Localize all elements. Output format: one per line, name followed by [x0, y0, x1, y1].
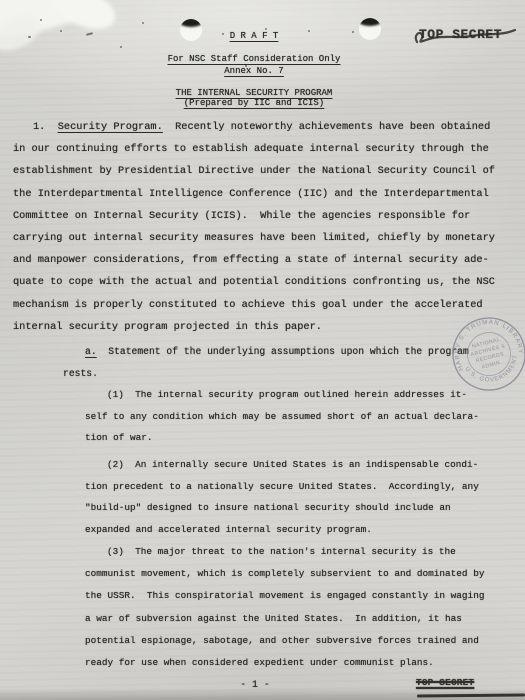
document-title: THE INTERNAL SECURITY PROGRAM: [0, 88, 508, 98]
text-segment: (1) The internal security program outlin…: [107, 389, 467, 400]
text-line: (1) The internal security program outlin…: [85, 384, 479, 406]
text-segment: and manpower considerations, from effect…: [13, 254, 489, 266]
text-line: Committee on Internal Security (ICIS). W…: [13, 205, 495, 227]
annex-number: Annex No. 7: [0, 66, 508, 76]
paper-speckle: [265, 28, 267, 30]
text-line: and manpower considerations, from effect…: [13, 249, 495, 271]
text-segment: 1.: [33, 121, 58, 133]
underlined-text: Security Program.: [58, 121, 163, 133]
paragraph-security-program: 1. Security Program. Recently noteworthy…: [13, 116, 495, 338]
text-segment: tion precedent to a nationally secure Un…: [85, 481, 479, 492]
paper-speckle: [142, 22, 144, 24]
text-line: internal security program projected in t…: [13, 316, 495, 338]
document-page: D R A F T For NSC Staff Consideration On…: [0, 0, 525, 700]
subparagraph-1: (1) The internal security program outlin…: [85, 384, 479, 449]
text-line: expanded and accelerated internal securi…: [85, 519, 479, 541]
punch-hole-shadow: [359, 18, 381, 26]
text-line: rests.: [63, 363, 469, 385]
paper-speckle: [40, 19, 42, 21]
classification-bottom: TOP SECRET: [416, 677, 474, 688]
text-segment: rests.: [63, 368, 98, 379]
paper-speckle: [120, 46, 122, 48]
text-segment: quate to cope with the actual and potent…: [13, 276, 495, 288]
text-segment: potential espionage, sabotage, and other…: [85, 635, 479, 646]
strike-mark: [409, 22, 519, 50]
distribution-line: For NSC Staff Consideration Only: [0, 54, 508, 64]
text-segment: tion of war.: [85, 432, 153, 443]
subparagraph-2: (2) An internally secure United States i…: [85, 454, 479, 540]
text-line: tion precedent to a nationally secure Un…: [85, 476, 479, 498]
text-segment: Committee on Internal Security (ICIS). W…: [13, 210, 470, 222]
text-line: establishment by Presidential Directive …: [13, 160, 495, 182]
text-segment: the USSR. This conspiratorial movement i…: [85, 590, 484, 601]
text-line: the Interdepartmental Intelligence Confe…: [13, 183, 495, 205]
text-line: communist movement, which is completely …: [85, 563, 484, 585]
text-line: a war of subversion against the United S…: [85, 608, 484, 630]
prepared-by-line: (Prepared by IIC and ICIS): [0, 98, 508, 108]
text-line: in our continuing efforts to establish a…: [13, 138, 495, 160]
text-segment: mechanism is properly constituted to ach…: [13, 299, 483, 311]
text-line: (3) The major threat to the nation's int…: [85, 541, 484, 563]
text-segment: carrying out internal security measures …: [13, 232, 495, 244]
text-line: ready for use when considered expedient …: [85, 652, 484, 674]
text-segment: Statement of the underlying assumptions …: [97, 346, 469, 357]
text-segment: self to any condition which may be assum…: [85, 411, 479, 422]
underlined-text: a.: [85, 346, 97, 357]
paragraph-assumptions: a. Statement of the underlying assumptio…: [63, 341, 469, 384]
text-segment: expanded and accelerated internal securi…: [85, 524, 372, 535]
text-segment: "build-up" designed to insure national s…: [85, 502, 451, 513]
subparagraph-3: (3) The major threat to the nation's int…: [85, 541, 484, 674]
text-line: potential espionage, sabotage, and other…: [85, 630, 484, 652]
text-line: self to any condition which may be assum…: [85, 406, 479, 428]
text-segment: (2) An internally secure United States i…: [107, 459, 478, 470]
text-segment: in our continuing efforts to establish a…: [13, 143, 489, 155]
text-line: 1. Security Program. Recently noteworthy…: [13, 116, 495, 138]
text-line: a. Statement of the underlying assumptio…: [63, 341, 469, 363]
text-line: carrying out internal security measures …: [13, 227, 495, 249]
text-line: quate to cope with the actual and potent…: [13, 271, 495, 293]
text-line: the USSR. This conspiratorial movement i…: [85, 585, 484, 607]
text-segment: ready for use when considered expedient …: [85, 657, 434, 668]
text-segment: internal security program projected in t…: [13, 321, 322, 333]
text-segment: establishment by Presidential Directive …: [13, 165, 495, 177]
text-line: "build-up" designed to insure national s…: [85, 497, 479, 519]
text-segment: (3) The major threat to the nation's int…: [107, 546, 456, 557]
text-segment: Recently noteworthy achievements have be…: [163, 121, 491, 133]
text-segment: the Interdepartmental Intelligence Confe…: [13, 188, 489, 200]
punch-hole-shadow: [180, 19, 202, 27]
text-line: (2) An internally secure United States i…: [85, 454, 479, 476]
text-segment: a war of subversion against the United S…: [85, 613, 462, 624]
text-line: tion of war.: [85, 427, 479, 449]
text-segment: communist movement, which is completely …: [85, 568, 484, 579]
text-line: mechanism is properly constituted to ach…: [13, 294, 495, 316]
